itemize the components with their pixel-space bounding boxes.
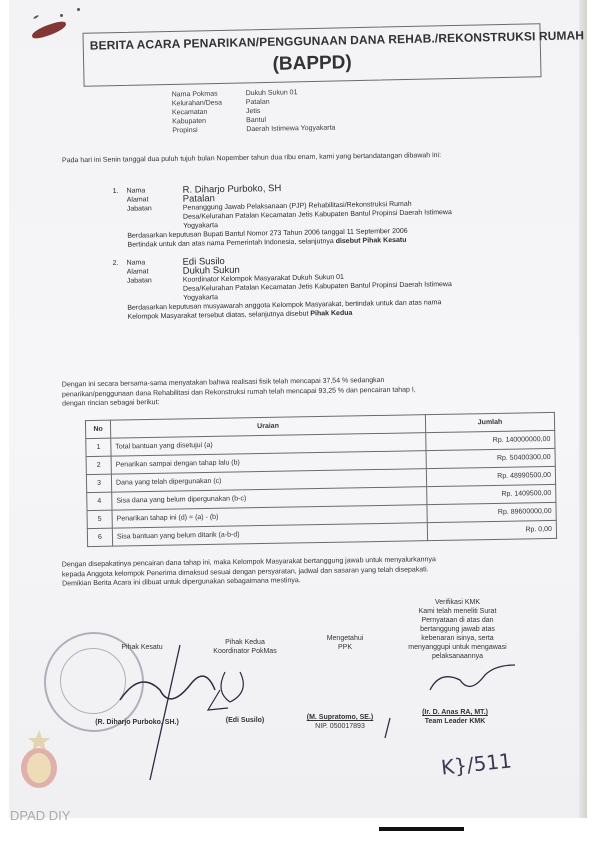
signature-scribbles	[0, 0, 595, 842]
watermark: DPAD DIY	[10, 808, 70, 823]
bottom-bar	[379, 827, 464, 831]
dpad-emblem-icon	[16, 728, 62, 792]
